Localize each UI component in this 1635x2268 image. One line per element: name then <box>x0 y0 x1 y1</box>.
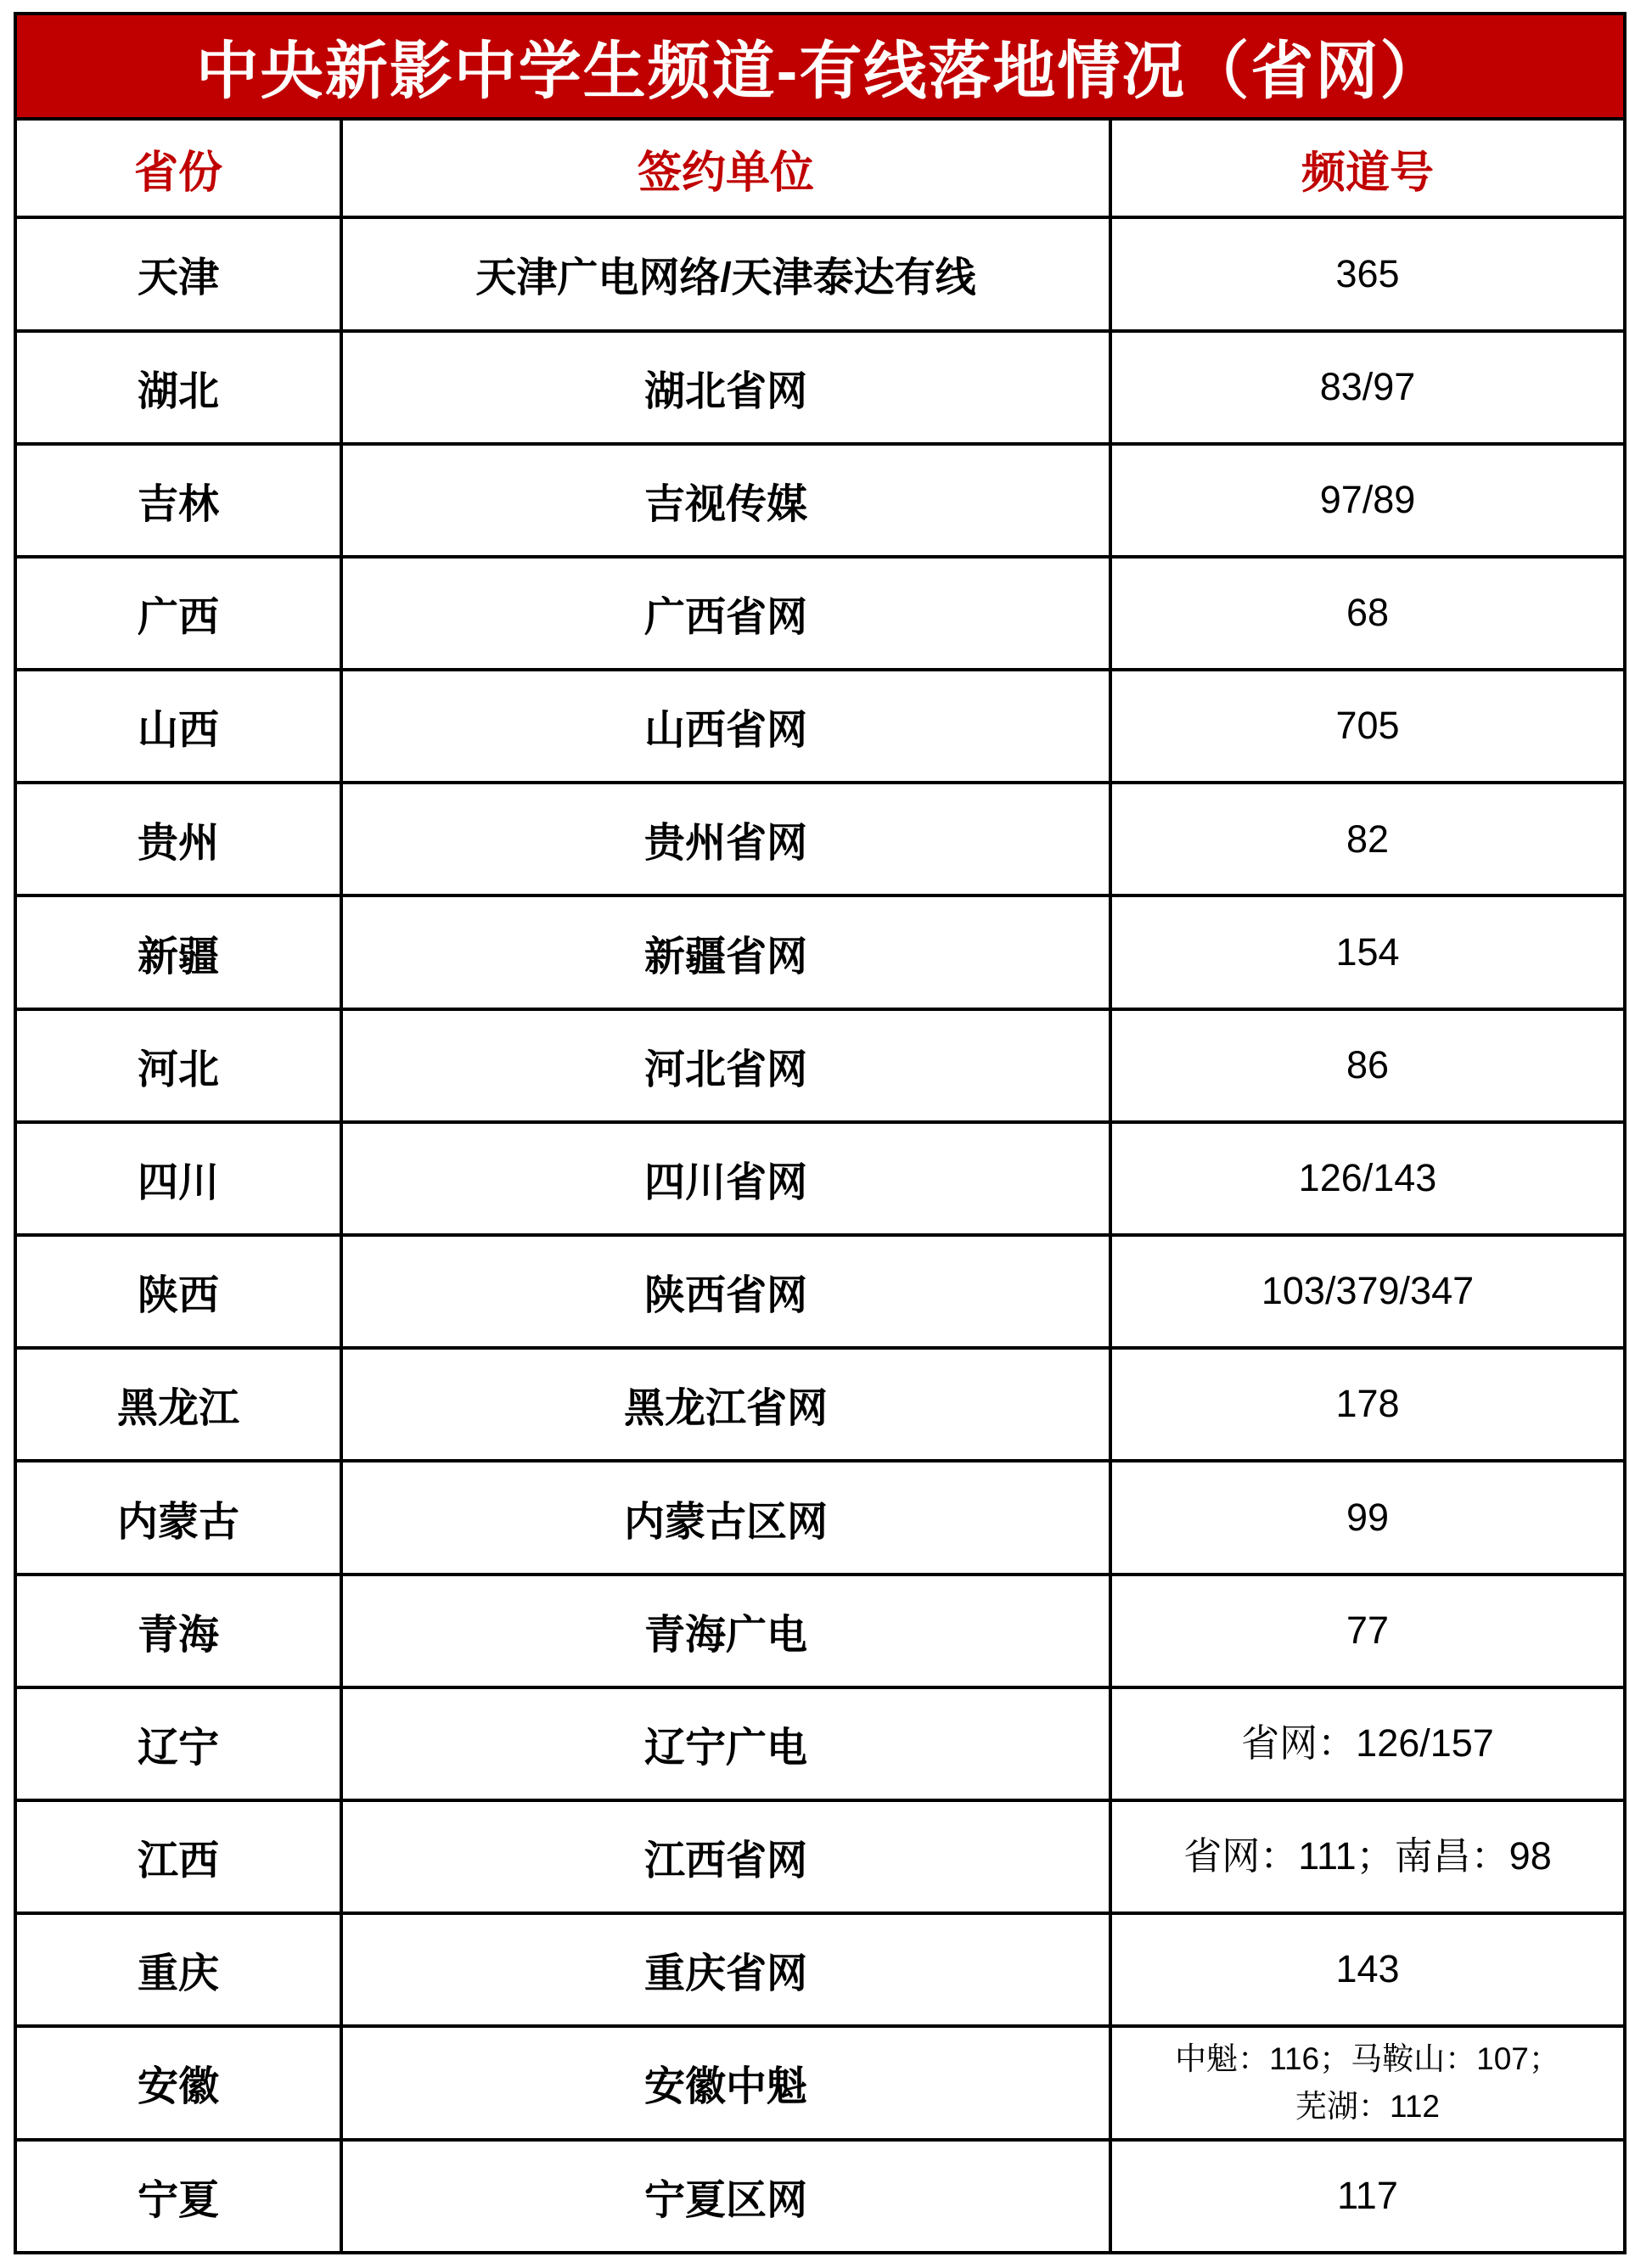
province-cell: 吉林 <box>15 444 341 557</box>
channel-cell: 86 <box>1110 1009 1625 1122</box>
unit-cell: 江西省网 <box>341 1800 1110 1913</box>
channel-cell: 143 <box>1110 1913 1625 2026</box>
table-row: 贵州 贵州省网 82 <box>15 783 1625 895</box>
province-cell: 天津 <box>15 217 341 330</box>
channel-cell: 省网：126/157 <box>1110 1687 1625 1800</box>
channel-cell: 365 <box>1110 217 1625 330</box>
table-row: 青海 青海广电 77 <box>15 1575 1625 1687</box>
province-cell: 陕西 <box>15 1235 341 1348</box>
channel-cell: 99 <box>1110 1461 1625 1574</box>
province-cell: 内蒙古 <box>15 1461 341 1574</box>
unit-cell: 河北省网 <box>341 1009 1110 1122</box>
table-header-row: 省份 签约单位 频道号 <box>15 119 1625 217</box>
unit-cell: 四川省网 <box>341 1122 1110 1235</box>
channel-cell: 117 <box>1110 2140 1625 2253</box>
table-row: 重庆 重庆省网 143 <box>15 1913 1625 2026</box>
province-cell: 山西 <box>15 670 341 783</box>
channel-cell: 126/143 <box>1110 1122 1625 1235</box>
unit-cell: 重庆省网 <box>341 1913 1110 2026</box>
table-title-row: 中央新影中学生频道-有线落地情况（省网） <box>15 14 1625 119</box>
province-cell: 贵州 <box>15 783 341 895</box>
channel-cell: 103/379/347 <box>1110 1235 1625 1348</box>
province-cell: 辽宁 <box>15 1687 341 1800</box>
unit-cell: 吉视传媒 <box>341 444 1110 557</box>
table-row: 江西 江西省网 省网：111；南昌：98 <box>15 1800 1625 1913</box>
province-cell: 江西 <box>15 1800 341 1913</box>
channel-cell: 68 <box>1110 557 1625 670</box>
unit-cell: 天津广电网络/天津泰达有线 <box>341 217 1110 330</box>
column-header-unit: 签约单位 <box>341 119 1110 217</box>
channel-cell: 中魁：116；马鞍山：107； 芜湖：112 <box>1110 2026 1625 2139</box>
table-row: 内蒙古 内蒙古区网 99 <box>15 1461 1625 1574</box>
unit-cell: 贵州省网 <box>341 783 1110 895</box>
unit-cell: 陕西省网 <box>341 1235 1110 1348</box>
table-row: 新疆 新疆省网 154 <box>15 895 1625 1008</box>
province-cell: 黑龙江 <box>15 1348 341 1461</box>
column-header-province: 省份 <box>15 119 341 217</box>
province-cell: 新疆 <box>15 895 341 1008</box>
table-row: 吉林 吉视传媒 97/89 <box>15 444 1625 557</box>
unit-cell: 辽宁广电 <box>341 1687 1110 1800</box>
table-row: 山西 山西省网 705 <box>15 670 1625 783</box>
table-row: 陕西 陕西省网 103/379/347 <box>15 1235 1625 1348</box>
cable-landing-table: 中央新影中学生频道-有线落地情况（省网） 省份 签约单位 频道号 天津 天津广电… <box>14 12 1627 2254</box>
table-row: 四川 四川省网 126/143 <box>15 1122 1625 1235</box>
unit-cell: 宁夏区网 <box>341 2140 1110 2253</box>
table-title: 中央新影中学生频道-有线落地情况（省网） <box>15 14 1625 119</box>
channel-cell: 83/97 <box>1110 331 1625 444</box>
province-cell: 四川 <box>15 1122 341 1235</box>
unit-cell: 广西省网 <box>341 557 1110 670</box>
channel-cell: 82 <box>1110 783 1625 895</box>
unit-cell: 新疆省网 <box>341 895 1110 1008</box>
unit-cell: 内蒙古区网 <box>341 1461 1110 1574</box>
table-row: 河北 河北省网 86 <box>15 1009 1625 1122</box>
province-cell: 河北 <box>15 1009 341 1122</box>
province-cell: 湖北 <box>15 331 341 444</box>
channel-cell: 77 <box>1110 1575 1625 1687</box>
table-row: 安徽 安徽中魁 中魁：116；马鞍山：107； 芜湖：112 <box>15 2026 1625 2139</box>
province-cell: 重庆 <box>15 1913 341 2026</box>
unit-cell: 山西省网 <box>341 670 1110 783</box>
province-cell: 广西 <box>15 557 341 670</box>
channel-cell: 178 <box>1110 1348 1625 1461</box>
table-row: 黑龙江 黑龙江省网 178 <box>15 1348 1625 1461</box>
channel-cell: 154 <box>1110 895 1625 1008</box>
channel-cell: 705 <box>1110 670 1625 783</box>
unit-cell: 湖北省网 <box>341 331 1110 444</box>
unit-cell: 安徽中魁 <box>341 2026 1110 2139</box>
province-cell: 安徽 <box>15 2026 341 2139</box>
province-cell: 青海 <box>15 1575 341 1687</box>
column-header-channel: 频道号 <box>1110 119 1625 217</box>
unit-cell: 黑龙江省网 <box>341 1348 1110 1461</box>
table-row: 湖北 湖北省网 83/97 <box>15 331 1625 444</box>
table-row: 辽宁 辽宁广电 省网：126/157 <box>15 1687 1625 1800</box>
page: 中央新影中学生频道-有线落地情况（省网） 省份 签约单位 频道号 天津 天津广电… <box>0 0 1635 2268</box>
table-row: 天津 天津广电网络/天津泰达有线 365 <box>15 217 1625 330</box>
channel-cell: 97/89 <box>1110 444 1625 557</box>
channel-cell: 省网：111；南昌：98 <box>1110 1800 1625 1913</box>
province-cell: 宁夏 <box>15 2140 341 2253</box>
unit-cell: 青海广电 <box>341 1575 1110 1687</box>
table-row: 广西 广西省网 68 <box>15 557 1625 670</box>
table-row: 宁夏 宁夏区网 117 <box>15 2140 1625 2253</box>
